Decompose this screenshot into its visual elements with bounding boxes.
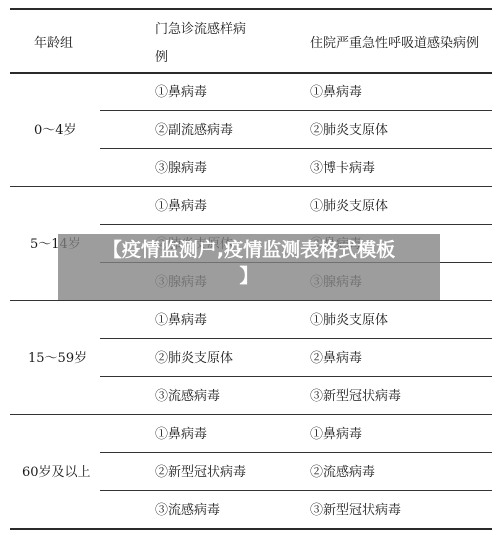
outpatient-cell: ①鼻病毒 <box>155 85 207 101</box>
title-overlay-banner: 【疫情监测户,疫情监测表格式模板 】 <box>58 234 440 300</box>
outpatient-cell: ②肺炎支原体 <box>155 351 233 367</box>
header-bottom-rule <box>10 72 492 74</box>
inpatient-cell: ③新型冠状病毒 <box>310 389 401 405</box>
table-top-rule <box>10 8 492 10</box>
inpatient-cell: ②鼻病毒 <box>310 351 362 367</box>
overlay-title-line2: 】 <box>58 263 440 289</box>
outpatient-cell: ②副流感病毒 <box>155 123 233 139</box>
inpatient-cell: ③博卡病毒 <box>310 161 375 177</box>
row-divider <box>100 110 492 111</box>
header-inpatient: 住院严重急性呼吸道感染病例 <box>310 36 479 52</box>
overlay-title-line1: 【疫情监测户,疫情监测表格式模板 <box>58 237 440 263</box>
age-group-label: 15～59岁 <box>28 351 87 367</box>
inpatient-cell: ①鼻病毒 <box>310 427 362 443</box>
row-divider <box>100 148 492 149</box>
group-divider <box>10 414 492 415</box>
row-divider <box>100 338 492 339</box>
row-divider <box>100 490 492 491</box>
row-divider <box>100 376 492 377</box>
header-outpatient-line2: 例 <box>155 50 168 66</box>
outpatient-cell: ③流感病毒 <box>155 503 220 519</box>
group-divider <box>10 186 492 187</box>
age-group-label: 60岁及以上 <box>22 465 91 481</box>
outpatient-cell: ①鼻病毒 <box>155 199 207 215</box>
inpatient-cell: ③新型冠状病毒 <box>310 503 401 519</box>
row-divider <box>100 224 492 225</box>
row-divider <box>100 452 492 453</box>
table-bottom-rule <box>10 528 492 530</box>
header-age-group: 年龄组 <box>34 36 73 52</box>
outpatient-cell: ③腺病毒 <box>155 161 207 177</box>
inpatient-cell: ①肺炎支原体 <box>310 199 388 215</box>
outpatient-cell: ①鼻病毒 <box>155 427 207 443</box>
header-outpatient-line1: 门急诊流感样病 <box>155 22 246 38</box>
outpatient-cell: ③流感病毒 <box>155 389 220 405</box>
outpatient-cell: ①鼻病毒 <box>155 313 207 329</box>
inpatient-cell: ①鼻病毒 <box>310 85 362 101</box>
age-group-label: 0～4岁 <box>34 123 77 139</box>
inpatient-cell: ②流感病毒 <box>310 465 375 481</box>
group-divider <box>10 300 492 301</box>
outpatient-cell: ②新型冠状病毒 <box>155 465 246 481</box>
inpatient-cell: ①肺炎支原体 <box>310 313 388 329</box>
inpatient-cell: ②肺炎支原体 <box>310 123 388 139</box>
